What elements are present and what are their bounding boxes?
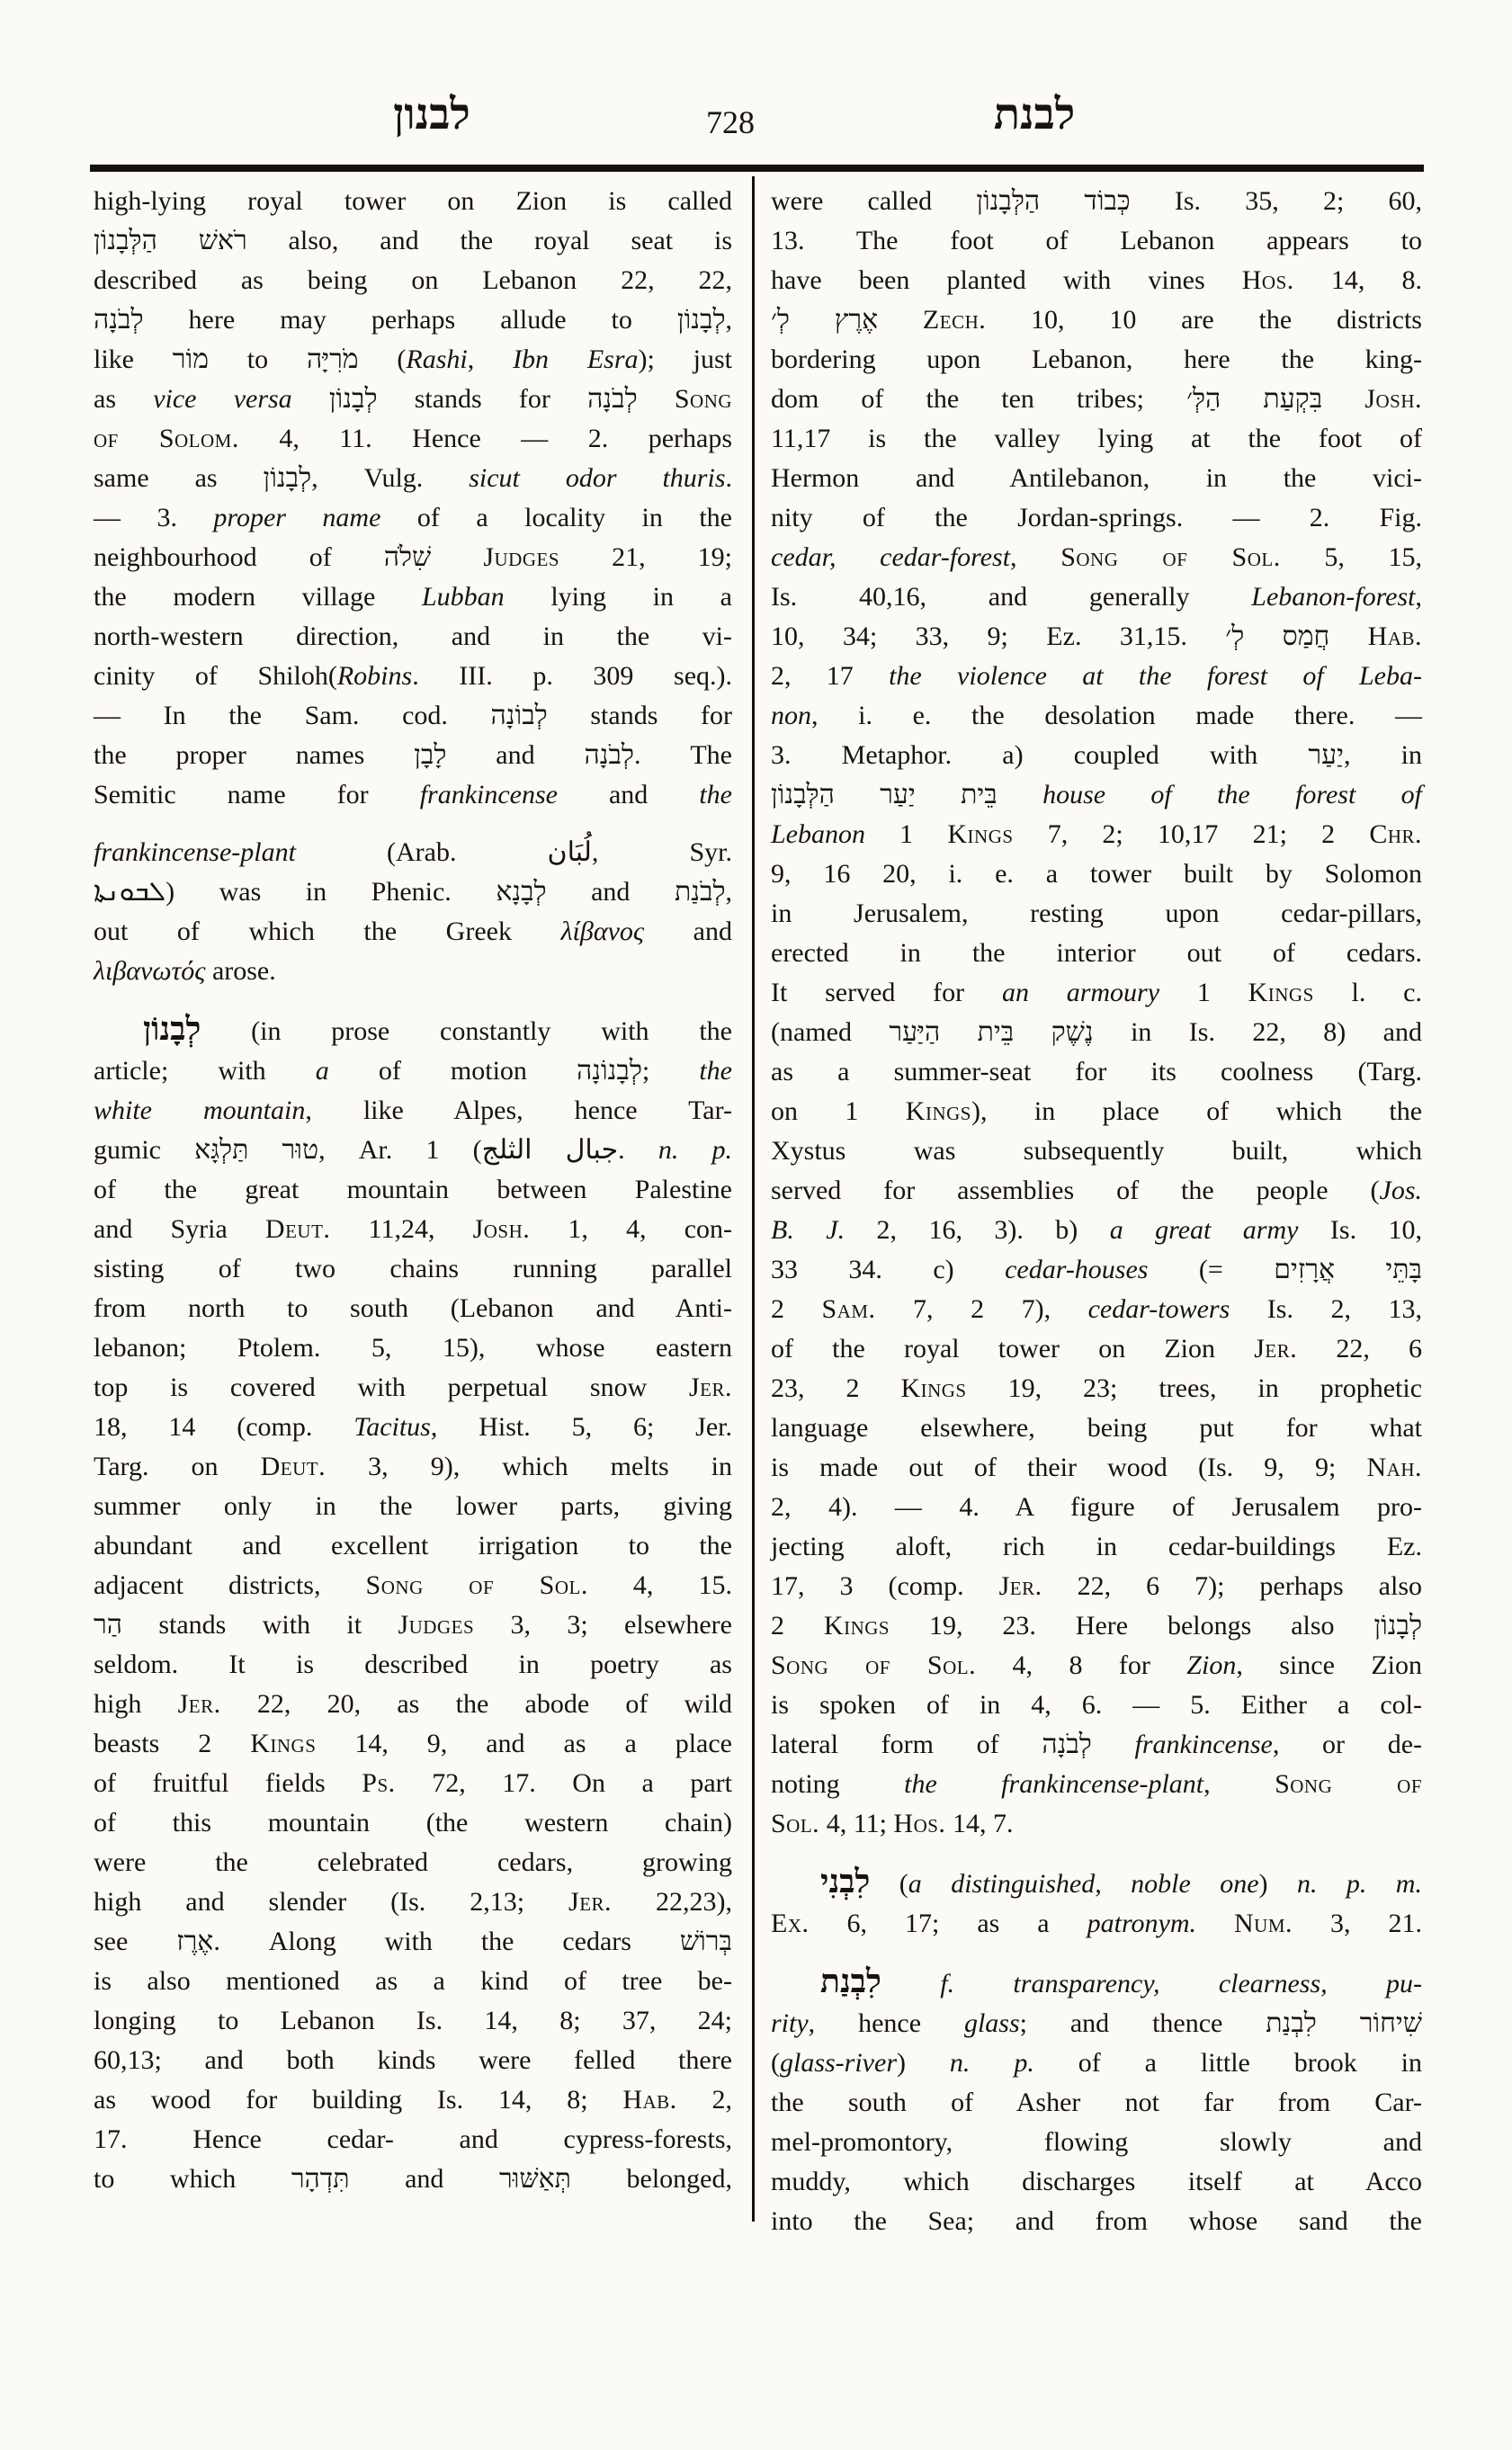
text-line: lateral form of לְבֹנָה frankincense, or… [771,1725,1422,1765]
text-line: nity of the Jordan-springs. — 2. Fig. [771,498,1422,538]
text-line: Lebanon 1 Kings 7, 2; 10,17 21; 2 Chr. [771,815,1422,854]
text-line: הַר stands with it Judges 3, 3; elsewher… [94,1605,732,1645]
text-line: lebanon; Ptolem. 5, 15), whose eastern [94,1328,732,1368]
page-number: 728 [706,106,755,139]
text-line: (named נֶשֶׁק בֵּית הַיַּעַר in Is. 22, … [771,1013,1422,1052]
text-line: non, i. e. the desolation made there. — [771,696,1422,736]
text-line: לְבָנוֹן (in prose constantly with the [94,1009,732,1051]
text-line: out of which the Greek λίβανος and [94,912,732,952]
text-line: erected in the interior out of cedars. [771,934,1422,973]
text-line: beasts 2 Kings 14, 9, and as a place [94,1724,732,1764]
text-line: longing to Lebanon Is. 14, 8; 37, 24; [94,2001,732,2041]
text-line: from north to south (Lebanon and Anti- [94,1289,732,1328]
text-line: B. J. 2, 16, 3). b) a great army Is. 10, [771,1211,1422,1250]
text-line: sisting of two chains running parallel [94,1249,732,1289]
text-line: 2 Kings 19, 23. Here belongs also לְבָנו… [771,1606,1422,1646]
text-line: served for assemblies of the people (Jos… [771,1171,1422,1211]
text-line: dom of the ten tribes; בִּקְעַת הַלְּ׳ J… [771,380,1422,419]
text-line: as wood for building Is. 14, 8; Hab. 2, [94,2080,732,2120]
text-line: is also mentioned as a kind of tree be- [94,1962,732,2001]
text-line: the proper names לָבָן and לְבֹנָה. The [94,736,732,775]
text-line: adjacent districts, Song of Sol. 4, 15. [94,1566,732,1605]
text-line: רֹאשׁ הַלְּבָנוֹן also, and the royal se… [94,221,732,261]
text-line: is spoken of in 4, 6. — 5. Either a col- [771,1685,1422,1725]
text-line: bordering upon Lebanon, here the king- [771,340,1422,380]
text-line: 2, 4). — 4. A figure of Jerusalem pro- [771,1488,1422,1527]
text-line: top is covered with perpetual snow Jer. [94,1368,732,1408]
text-line: is made out of their wood (Is. 9, 9; Nah… [771,1448,1422,1488]
text-line: language elsewhere, being put for what [771,1408,1422,1448]
hebrew-headword: לְבָנוֹן [143,1011,201,1047]
text-line: 60,13; and both kinds were felled there [94,2041,732,2080]
text-line: neighbourhood of שִׁלֹה Judges 21, 19; [94,538,732,577]
text-line: to which תִּדְהָר and תְּאַשּׁוּר belong… [94,2159,732,2199]
text-line: same as לְבָנוֹן, Vulg. sicut odor thuri… [94,459,732,498]
text-line: gumic טוּר תַּלְגָּא, Ar. جبال الثلج) 1.… [94,1131,732,1170]
header-keyword-right: לבנת [994,94,1075,137]
text-line: 33 34. c) cedar-houses (= בָּתֵּי אֲרָזִ… [771,1250,1422,1290]
text-line: Hermon and Antilebanon, in the vici- [771,459,1422,498]
text-line: high Jer. 22, 20, as the abode of wild [94,1685,732,1724]
text-line: בֵּית יַעַר הַלְּבָנוֹן house of the for… [771,775,1422,815]
text-line: of the royal tower on Zion Jer. 22, 6 [771,1329,1422,1369]
text-line: Targ. on Deut. 3, 9), which melts in [94,1447,732,1487]
text-line: frankincense-plant (Arab. لُبَان, Syr. [94,833,732,872]
text-line: of Solom. 4, 11. Hence — 2. perhaps [94,419,732,459]
dictionary-page: לבנון 728 לבנת high-lying royal tower on… [0,0,1512,2450]
text-line: Sol. 4, 11; Hos. 14, 7. [771,1804,1422,1844]
text-line: Semitic name for frankincense and the [94,775,732,815]
text-line: high and slender (Is. 2,13; Jer. 22,23), [94,1882,732,1922]
text-line: 11,17 is the valley lying at the foot of [771,419,1422,459]
text-line: — In the Sam. cod. לְבוֹנָה stands for [94,696,732,736]
text-line: (glass-river) n. p. of a little brook in [771,2043,1422,2083]
text-line: 10, 34; 33, 9; Ez. 31,15. חֲמַס לְ׳ Hab. [771,617,1422,657]
text-line: Is. 40,16, and generally Lebanon-forest, [771,577,1422,617]
text-line: see אֶרֶז. Along with the cedars בְּרוֹש… [94,1922,732,1962]
text-line: as vice versa לְבָנוֹן stands for לְבֹנָ… [94,380,732,419]
text-line: of fruitful fields Ps. 72, 17. On a part [94,1764,732,1803]
text-line: into the Sea; and from whose sand the [771,2202,1422,2241]
text-line: summer only in the lower parts, giving [94,1487,732,1526]
text-line: have been planted with vines Hos. 14, 8. [771,261,1422,300]
header-rule [90,165,1424,172]
text-line: mel-promontory, flowing slowly and [771,2123,1422,2162]
text-line: 18, 14 (comp. Tacitus, Hist. 5, 6; Jer. [94,1408,732,1447]
text-line: לְבֹנָה here may perhaps allude to לְבָנ… [94,300,732,340]
text-line: as a summer-seat for its coolness (Targ. [771,1052,1422,1092]
text-line: rity, hence glass; and thence שִׁיחוֹר ל… [771,2004,1422,2043]
text-line: abundant and excellent irrigation to the [94,1526,732,1566]
text-line: 23, 2 Kings 19, 23; trees, in prophetic [771,1369,1422,1408]
text-line: like מוֹר to מֹרִיָּה (Rashi, Ibn Esra);… [94,340,732,380]
text-line: 17. Hence cedar- and cypress-forests, [94,2120,732,2159]
header-keyword-left: לבנון [393,94,470,137]
hebrew-headword: לִבְנִי [820,1864,870,1900]
text-line: cinity of Shiloh(Robins. III. p. 309 seq… [94,657,732,696]
text-line: Song of Sol. 4, 8 for Zion, since Zion [771,1646,1422,1685]
text-line: 2 Sam. 7, 2 7), cedar-towers Is. 2, 13, [771,1290,1422,1329]
right-column: were called כְּבוֹד הַלְּבָנוֹן Is. 35, … [771,182,1422,2241]
text-line: muddy, which discharges itself at Acco [771,2162,1422,2202]
text-line: north-western direction, and in the vi- [94,617,732,657]
text-line: the south of Asher not far from Car- [771,2083,1422,2123]
text-line: in Jerusalem, resting upon cedar-pillars… [771,894,1422,934]
text-line: noting the frankincense-plant, Song of [771,1765,1422,1804]
text-line: on 1 Kings), in place of which the [771,1092,1422,1131]
text-line: and Syria Deut. 11,24, Josh. 1, 4, con- [94,1210,732,1249]
text-line: cedar, cedar-forest, Song of Sol. 5, 15, [771,538,1422,577]
text-line: were called כְּבוֹד הַלְּבָנוֹן Is. 35, … [771,182,1422,221]
column-divider [752,176,755,2222]
text-line: were the celebrated cedars, growing [94,1843,732,1882]
text-line: 2, 17 the violence at the forest of Leba… [771,657,1422,696]
text-line: — 3. proper name of a locality in the [94,498,732,538]
text-line: seldom. It is described in poetry as [94,1645,732,1685]
text-line: ܠܒܘܢܬܐ) was in Phenic. לְבָנָא and לְבֹנ… [94,872,732,912]
text-line: white mountain, like Alpes, hence Tar- [94,1091,732,1131]
text-line: of this mountain (the western chain) [94,1803,732,1843]
text-line: Xystus was subsequently built, which [771,1131,1422,1171]
text-line: 17, 3 (comp. Jer. 22, 6 7); perhaps also [771,1567,1422,1606]
left-column: high-lying royal tower on Zion is called… [94,182,732,2199]
text-line: λιβανωτός arose. [94,952,732,991]
text-line: לִבְנַת f. transparency, clearness, pu- [771,1962,1422,2004]
text-line: described as being on Lebanon 22, 22, [94,261,732,300]
text-line: the modern village Lubban lying in a [94,577,732,617]
text-line: 9, 16 20, i. e. a tower built by Solomon [771,854,1422,894]
text-line: of the great mountain between Palestine [94,1170,732,1210]
text-line: אֶרֶץ לְ׳ Zech. 10, 10 are the districts [771,300,1422,340]
text-line: Ex. 6, 17; as a patronym. Num. 3, 21. [771,1904,1422,1944]
text-line: high-lying royal tower on Zion is called [94,182,732,221]
text-line: 13. The foot of Lebanon appears to [771,221,1422,261]
text-line: It served for an armoury 1 Kings l. c. [771,973,1422,1013]
hebrew-headword: לִבְנַת [820,1963,881,1999]
text-line: 3. Metaphor. a) coupled with יַעַר, in [771,736,1422,775]
text-line: article; with a of motion לְבָנוֹנָה; th… [94,1051,732,1091]
text-line: לִבְנִי (a distinguished, noble one) n. … [771,1862,1422,1904]
text-line: jecting aloft, rich in cedar-buildings E… [771,1527,1422,1567]
